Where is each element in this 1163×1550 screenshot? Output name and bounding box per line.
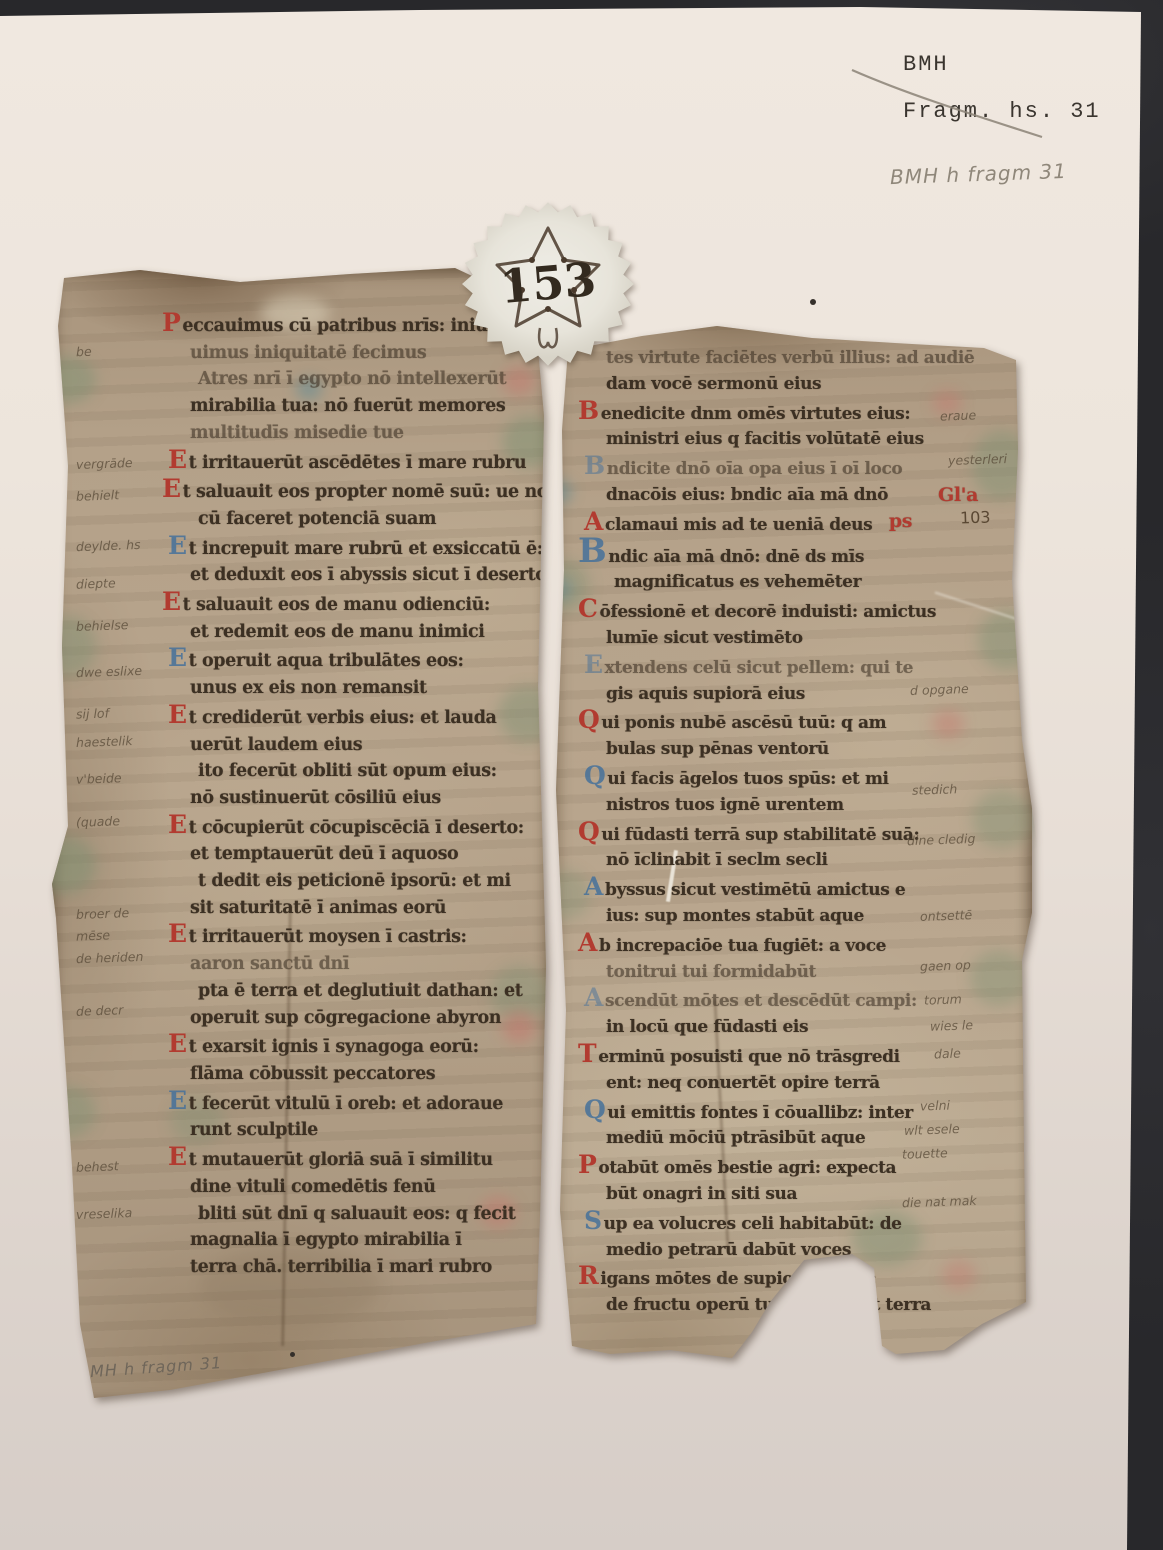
versal-initial: Q [584, 761, 605, 790]
manuscript-line: nō īclinabit ī seclm secli [578, 848, 1008, 874]
margin-annotation: dwe eslixe [76, 663, 143, 680]
manuscript-line: Et saluauit eos propter nomē suū: ue no [162, 476, 542, 506]
left-parchment-fragment: Peccauimus cū patribus nrīs: iniusteuimu… [50, 266, 550, 1406]
margin-annotation: eraue [940, 407, 977, 423]
versal-initial: E [168, 1142, 187, 1171]
manuscript-line: t dedit eis peticionē ipsorū: et mi [162, 868, 542, 895]
number-label-disc: 153 [460, 202, 636, 370]
margin-annotation: behest [76, 1158, 119, 1174]
versal-initial: C [578, 594, 598, 623]
right-parchment-surface: tes virtute faciētes verbū illius: ad au… [552, 310, 1032, 1370]
margin-annotation: 103 [960, 507, 991, 527]
manuscript-line: magnificatus es vehemēter [578, 570, 1008, 596]
versal-initial: B [578, 396, 599, 425]
manuscript-line: magnalia ī egypto mirabilia ī [162, 1227, 542, 1254]
versal-initial: P [162, 308, 180, 337]
versal-initial: E [168, 1029, 187, 1058]
versal-initial: A [578, 928, 597, 957]
margin-annotation: broer de [76, 905, 130, 922]
left-parchment-surface: Peccauimus cū patribus nrīs: iniusteuimu… [50, 266, 550, 1406]
margin-annotation: ontsettē [920, 907, 973, 924]
photograph-of-manuscript-fragments: { "archive_labels": { "typed_collection"… [0, 0, 1163, 1550]
manuscript-line: medio petrarū dabūt voces [578, 1238, 1008, 1264]
left-text-column: Peccauimus cū patribus nrīs: iniusteuimu… [162, 310, 542, 1281]
versal-initial: E [168, 643, 187, 672]
number-label: 153 [460, 202, 636, 370]
manuscript-line: tes virtute faciētes verbū illius: ad au… [578, 346, 1008, 372]
manuscript-line: dam vocē sermonū eius [578, 372, 1008, 398]
manuscript-line: operuit sup cōgregacione abyron [162, 1005, 542, 1032]
manuscript-line: nō sustinuerūt cōsiliū eius [162, 785, 542, 812]
margin-annotation: deylde. hs [76, 537, 141, 554]
versal-initial: E [162, 474, 181, 503]
manuscript-line: runt sculptile [162, 1117, 542, 1144]
manuscript-line: Qui ponis nubē ascēsū tuū: q am [578, 707, 1008, 737]
margin-annotation: mēse [76, 927, 111, 943]
manuscript-line: Atres nrī ī egypto nō intellexerūt [162, 366, 542, 393]
manuscript-line: unus ex eis non remansit [162, 675, 542, 702]
versal-initial: E [162, 587, 181, 616]
manuscript-line: Et fecerūt vitulū ī oreb: et adoraue [162, 1088, 542, 1118]
margin-annotation: de heriden [76, 949, 144, 966]
manuscript-line: Et irritauerūt moysen ī castris: [162, 921, 542, 951]
versal-initial: P [578, 1150, 596, 1179]
margin-annotation: stedich [912, 781, 958, 798]
manuscript-line: terra chā. terribilia ī mari rubro [162, 1254, 542, 1281]
margin-annotation: yesterleri [948, 451, 1008, 468]
margin-annotation: touette [902, 1145, 948, 1162]
versal-initial: E [168, 810, 187, 839]
margin-annotation: be [76, 344, 92, 360]
margin-annotation: gaen op [920, 957, 971, 974]
versal-initial: E [168, 1086, 187, 1115]
manuscript-line: ito fecerūt obliti sūt opum eius: [162, 758, 542, 785]
manuscript-line: sit saturitatē ī animas eorū [162, 895, 542, 922]
ink-speck [470, 1346, 475, 1351]
rubric-mark: ps [889, 509, 912, 535]
manuscript-line: Sup ea volucres celi habitabūt: de [578, 1208, 1008, 1238]
versal-initial: T [578, 1039, 596, 1068]
manuscript-line: Aclamaui mis ad te ueniā deusps [578, 509, 1008, 539]
ink-speck [290, 1352, 295, 1357]
manuscript-line: Extendens celū sicut pellem: qui te [578, 652, 1008, 682]
manuscript-line: bliti sūt dnī q saluauit eos: q fecit [162, 1201, 542, 1228]
margin-annotation: (quade [76, 813, 121, 830]
margin-annotation: wies le [930, 1017, 974, 1033]
manuscript-line: et redemit eos de manu inimici [162, 619, 542, 646]
manuscript-line: dine vituli comedētis fenū [162, 1174, 542, 1201]
versal-initial: B [584, 451, 605, 480]
manuscript-line: Et irritauerūt ascēdētes ī mare rubru [162, 447, 542, 477]
versal-initial: Q [578, 705, 599, 734]
versal-initial: E [584, 650, 603, 679]
manuscript-line: Ab increpaciōe tua fugiēt: a voce [578, 930, 1008, 960]
manuscript-line: Cōfessionē et decorē induisti: amictus [578, 596, 1008, 626]
margin-annotation: die nat mak [902, 1193, 977, 1211]
manuscript-line: ministri eius q facitis volūtatē eius [578, 427, 1008, 453]
margin-annotation: velni [920, 1097, 950, 1113]
manuscript-line: Bndicite dnō oīa opa eius ī oī loco [578, 453, 1008, 483]
margin-annotation: wlt esele [904, 1121, 960, 1138]
margin-annotation: d opgane [910, 681, 969, 698]
margin-annotation: dine cledig [907, 831, 976, 848]
versal-initial: B [578, 531, 606, 571]
manuscript-line: dnacōis eius: bndic aīa mā dnōGl'a [578, 483, 1008, 509]
manuscript-line: lumīe sicut vestimēto [578, 626, 1008, 652]
versal-initial: E [168, 531, 187, 560]
manuscript-line: pta ē terra et deglutiuit dathan: et [162, 978, 542, 1005]
manuscript-line: Et crediderūt verbis eius: et lauda [162, 702, 542, 732]
manuscript-line: flāma cōbussit peccatores [162, 1061, 542, 1088]
manuscript-line: Et operuit aqua tribulātes eos: [162, 645, 542, 675]
manuscript-line: et deduxit eos ī abyssis sicut ī deserto [162, 562, 542, 589]
board-speck [810, 299, 816, 305]
manuscript-line: Et exarsit ignis ī synagoga eorū: [162, 1031, 542, 1061]
manuscript-line: cū faceret potenciā suam [162, 506, 542, 533]
margin-annotation: haestelik [76, 733, 133, 750]
versal-initial: E [168, 445, 187, 474]
manuscript-line: ent: neq conuertēt opire terrā [578, 1071, 1008, 1097]
versal-initial: S [584, 1206, 602, 1235]
versal-initial: R [578, 1261, 598, 1290]
right-parchment-fragment: tes virtute faciētes verbū illius: ad au… [552, 310, 1032, 1370]
margin-annotation: behielse [76, 617, 129, 634]
manuscript-line: Et cōcupierūt cōcupiscēciā ī deserto: [162, 812, 542, 842]
margin-annotation: behielt [76, 487, 120, 503]
versal-initial: A [584, 983, 603, 1012]
margin-annotation: vreselika [76, 1205, 133, 1222]
manuscript-line: multitudīs misedie tue [162, 420, 542, 447]
rubric-mark: Gl'a [938, 483, 978, 509]
margin-annotation: vergrāde [76, 455, 133, 472]
pencil-strike-line [842, 58, 1057, 148]
manuscript-line: Et increpuit mare rubrū et exsiccatū ē: [162, 533, 542, 563]
versal-initial: Q [584, 1095, 605, 1124]
manuscript-line: Abyssus sicut vestimētū amictus e [578, 874, 1008, 904]
manuscript-line: mirabilia tua: nō fuerūt memores [162, 393, 542, 420]
manuscript-line: aaron sanctū dnī [162, 951, 542, 978]
margin-annotation: dale [934, 1046, 961, 1062]
margin-annotation: v'beide [76, 770, 122, 787]
manuscript-line: et temptauerūt deū ī aquoso [162, 841, 542, 868]
manuscript-line: uerūt laudem eius [162, 732, 542, 759]
versal-initial: Q [578, 817, 599, 846]
manuscript-line: Rigans mōtes de supioribz suis: [578, 1263, 1008, 1293]
margin-annotation: de decr [76, 1002, 124, 1019]
manuscript-line: de fructu operū tuorū satiabit terra [578, 1293, 1008, 1319]
margin-annotation: sij lof [76, 705, 109, 721]
versal-initial: E [168, 919, 187, 948]
manuscript-line: Et saluauit eos de manu odienciū: [162, 589, 542, 619]
manuscript-line: bulas sup pēnas ventorū [578, 737, 1008, 763]
versal-initial: A [584, 872, 603, 901]
margin-annotation: torum [924, 991, 962, 1007]
stain [548, 578, 572, 600]
margin-annotation: diepte [76, 575, 116, 591]
manuscript-line: Bndic aīa mā dnō: dnē ds mīs [578, 539, 1008, 571]
manuscript-line: Et mutauerūt gloriā suā ī similitu [162, 1144, 542, 1174]
versal-initial: E [168, 700, 187, 729]
